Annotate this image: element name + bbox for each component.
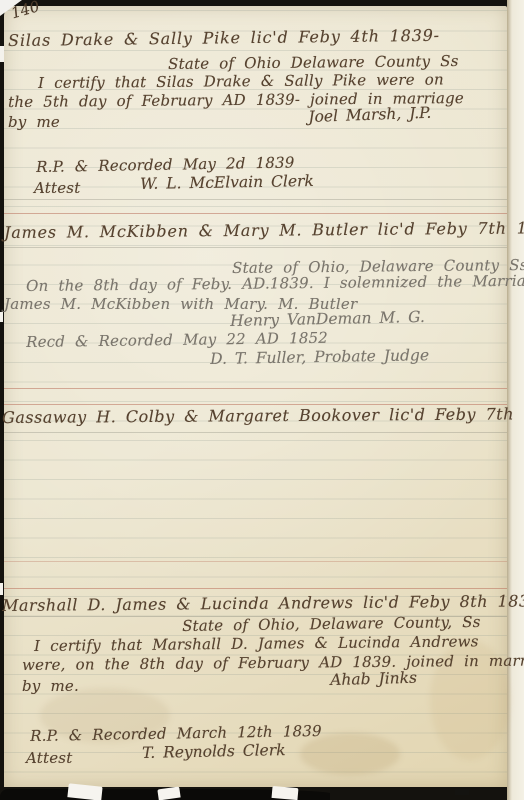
entry-separator-rule-red [4,213,507,214]
edge-fleck [0,46,4,62]
marriage-entry-heading: Gassaway H. Colby & Margaret Bookover li… [2,404,524,427]
entry-separator-rule-red [4,388,507,389]
by-me-line: by me. [22,677,79,695]
edge-fleck [0,583,3,595]
entry-separator-rule [4,199,507,200]
clerk-signature: W. L. McElvain Clerk [140,172,314,193]
torn-paper-fragment [272,786,299,800]
edge-fleck [0,312,3,322]
attest-label: Attest [26,749,72,767]
adjacent-page-edge [507,0,524,800]
entry-separator-rule-red [4,588,507,589]
by-me-line: by me [8,113,60,131]
officiant-signature: Ahab Jinks [330,669,417,689]
entry-separator-rule-red [4,561,507,562]
entry-separator-rule [4,247,507,248]
judge-signature: D. T. Fuller, Probate Judge [210,346,429,368]
entry-separator-rule [4,432,507,433]
attest-label: Attest [34,179,80,197]
torn-paper-fragment [67,783,102,800]
photo-edge-mark [455,789,469,795]
clerk-signature: T. Reynolds Clerk [142,741,286,762]
scanned-ledger-page: 140 Silas Drake & Sally Pike lic'd Feby … [0,0,524,800]
